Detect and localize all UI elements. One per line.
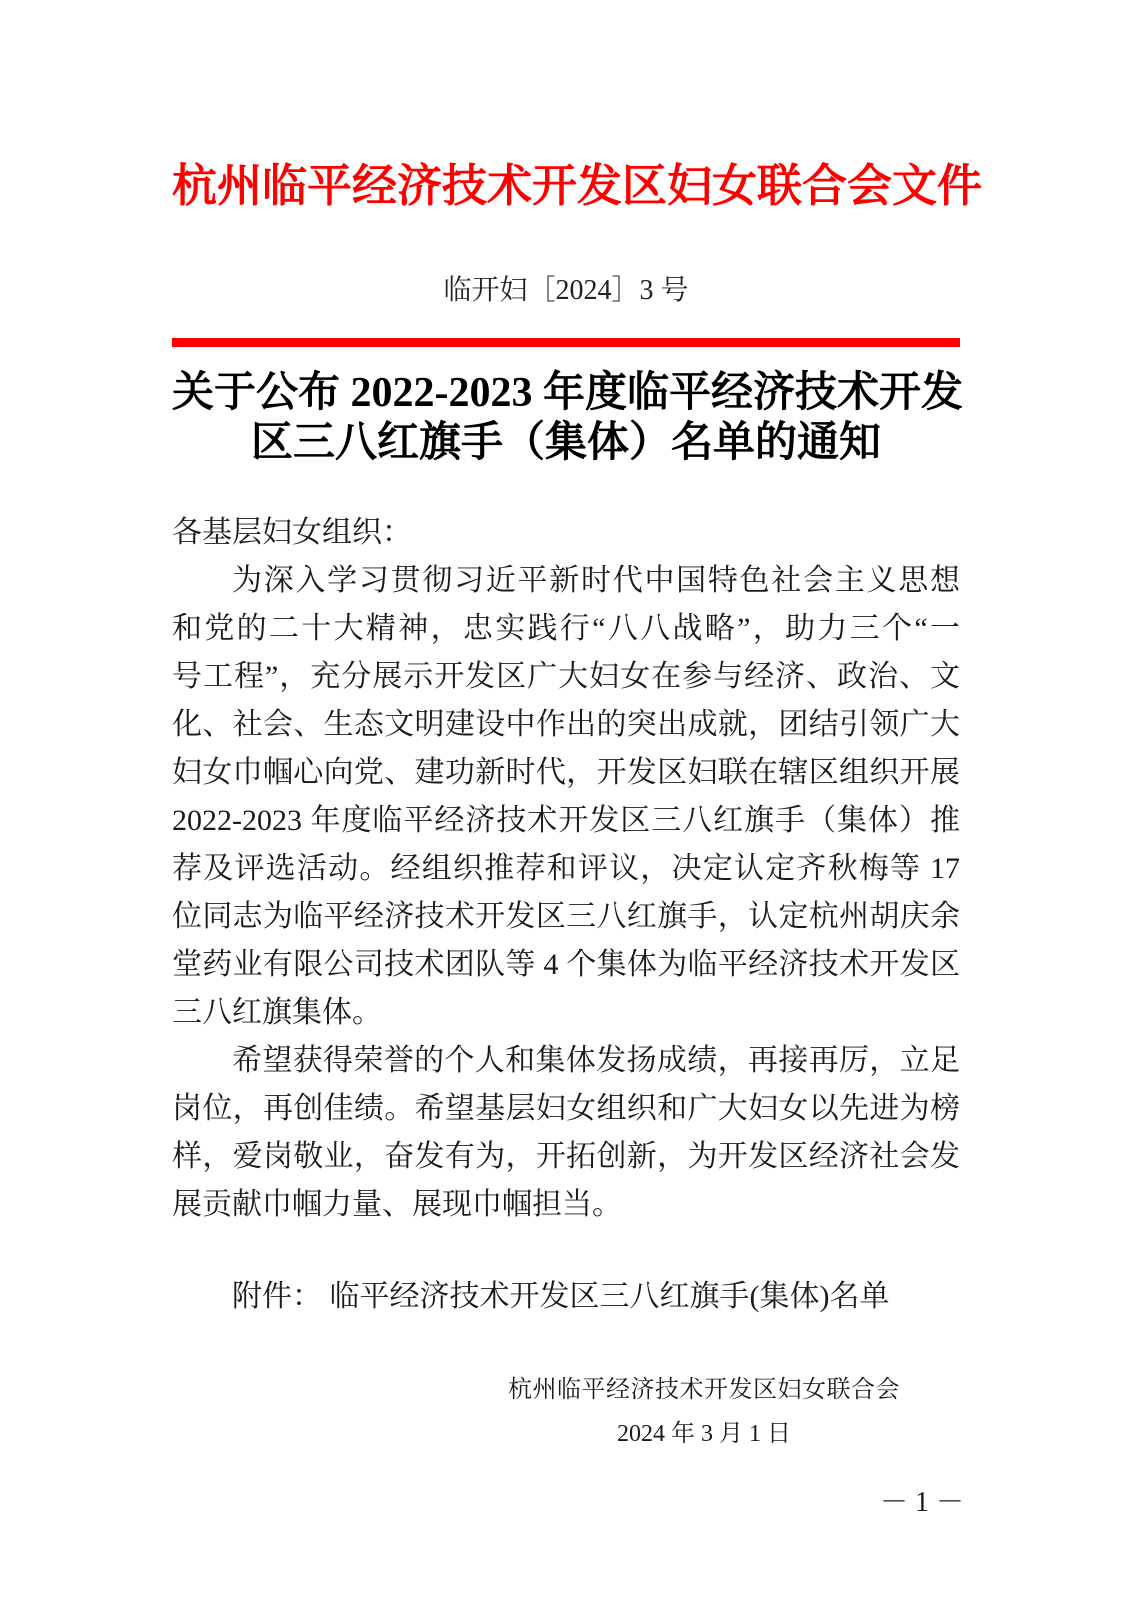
body-line: 和党的二十大精神，忠实践行“八八战略”，助力三个“一 <box>172 605 960 653</box>
document-body: 各基层妇女组织： 为深入学习贯彻习近平新时代中国特色社会主义思想和党的二十大精神… <box>172 509 960 1229</box>
body-line: 样，爱岗敬业，奋发有为，开拓创新，为开发区经济社会发 <box>172 1133 960 1181</box>
body-line: 岗位，再创佳绩。希望基层妇女组织和广大妇女以先进为榜 <box>172 1085 960 1133</box>
body-paragraph: 希望获得荣誉的个人和集体发扬成绩，再接再厉，立足岗位，再创佳绩。希望基层妇女组织… <box>172 1037 960 1229</box>
body-line: 妇女巾帼心向党、建功新时代，开发区妇联在辖区组织开展 <box>172 749 960 797</box>
body-line: 位同志为临平经济技术开发区三八红旗手，认定杭州胡庆余 <box>172 893 960 941</box>
document-page: 杭州临平经济技术开发区妇女联合会文件 临开妇［2024］3 号 关于公布 202… <box>0 0 1132 1600</box>
body-line: 号工程”，充分展示开发区广大妇女在参与经济、政治、文 <box>172 653 960 701</box>
attachment-line: 附件： 临平经济技术开发区三八红旗手(集体)名单 <box>172 1273 960 1321</box>
notice-title-line-2: 区三八红旗手（集体）名单的通知 <box>172 418 960 468</box>
document-header-title: 杭州临平经济技术开发区妇女联合会文件 <box>172 158 960 214</box>
body-line: 荐及评选活动。经组织推荐和评议，决定认定齐秋梅等 17 <box>172 845 960 893</box>
body-line: 2022-2023 年度临平经济技术开发区三八红旗手（集体）推 <box>172 797 960 845</box>
notice-title: 关于公布 2022-2023 年度临平经济技术开发 区三八红旗手（集体）名单的通… <box>172 368 960 468</box>
red-divider-line <box>172 338 960 347</box>
signature-date: 2024 年 3 月 1 日 <box>617 1412 791 1456</box>
body-line: 化、社会、生态文明建设中作出的突出成就，团结引领广大 <box>172 701 960 749</box>
body-paragraphs: 为深入学习贯彻习近平新时代中国特色社会主义思想和党的二十大精神，忠实践行“八八战… <box>172 557 960 1229</box>
page-number: － 1 － <box>880 1486 964 1520</box>
body-line: 展贡献巾帼力量、展现巾帼担当。 <box>172 1181 960 1229</box>
document-number: 临开妇［2024］3 号 <box>172 274 960 308</box>
salutation: 各基层妇女组织： <box>172 509 960 557</box>
body-line: 为深入学习贯彻习近平新时代中国特色社会主义思想 <box>172 557 960 605</box>
signature-block: 杭州临平经济技术开发区妇女联合会 2024 年 3 月 1 日 <box>508 1368 900 1456</box>
body-paragraph: 为深入学习贯彻习近平新时代中国特色社会主义思想和党的二十大精神，忠实践行“八八战… <box>172 557 960 1037</box>
body-line: 三八红旗集体。 <box>172 989 960 1037</box>
notice-title-line-1: 关于公布 2022-2023 年度临平经济技术开发 <box>172 368 960 418</box>
body-line: 堂药业有限公司技术团队等 4 个集体为临平经济技术开发区 <box>172 941 960 989</box>
body-line: 希望获得荣誉的个人和集体发扬成绩，再接再厉，立足 <box>172 1037 960 1085</box>
signature-org: 杭州临平经济技术开发区妇女联合会 <box>508 1368 900 1412</box>
